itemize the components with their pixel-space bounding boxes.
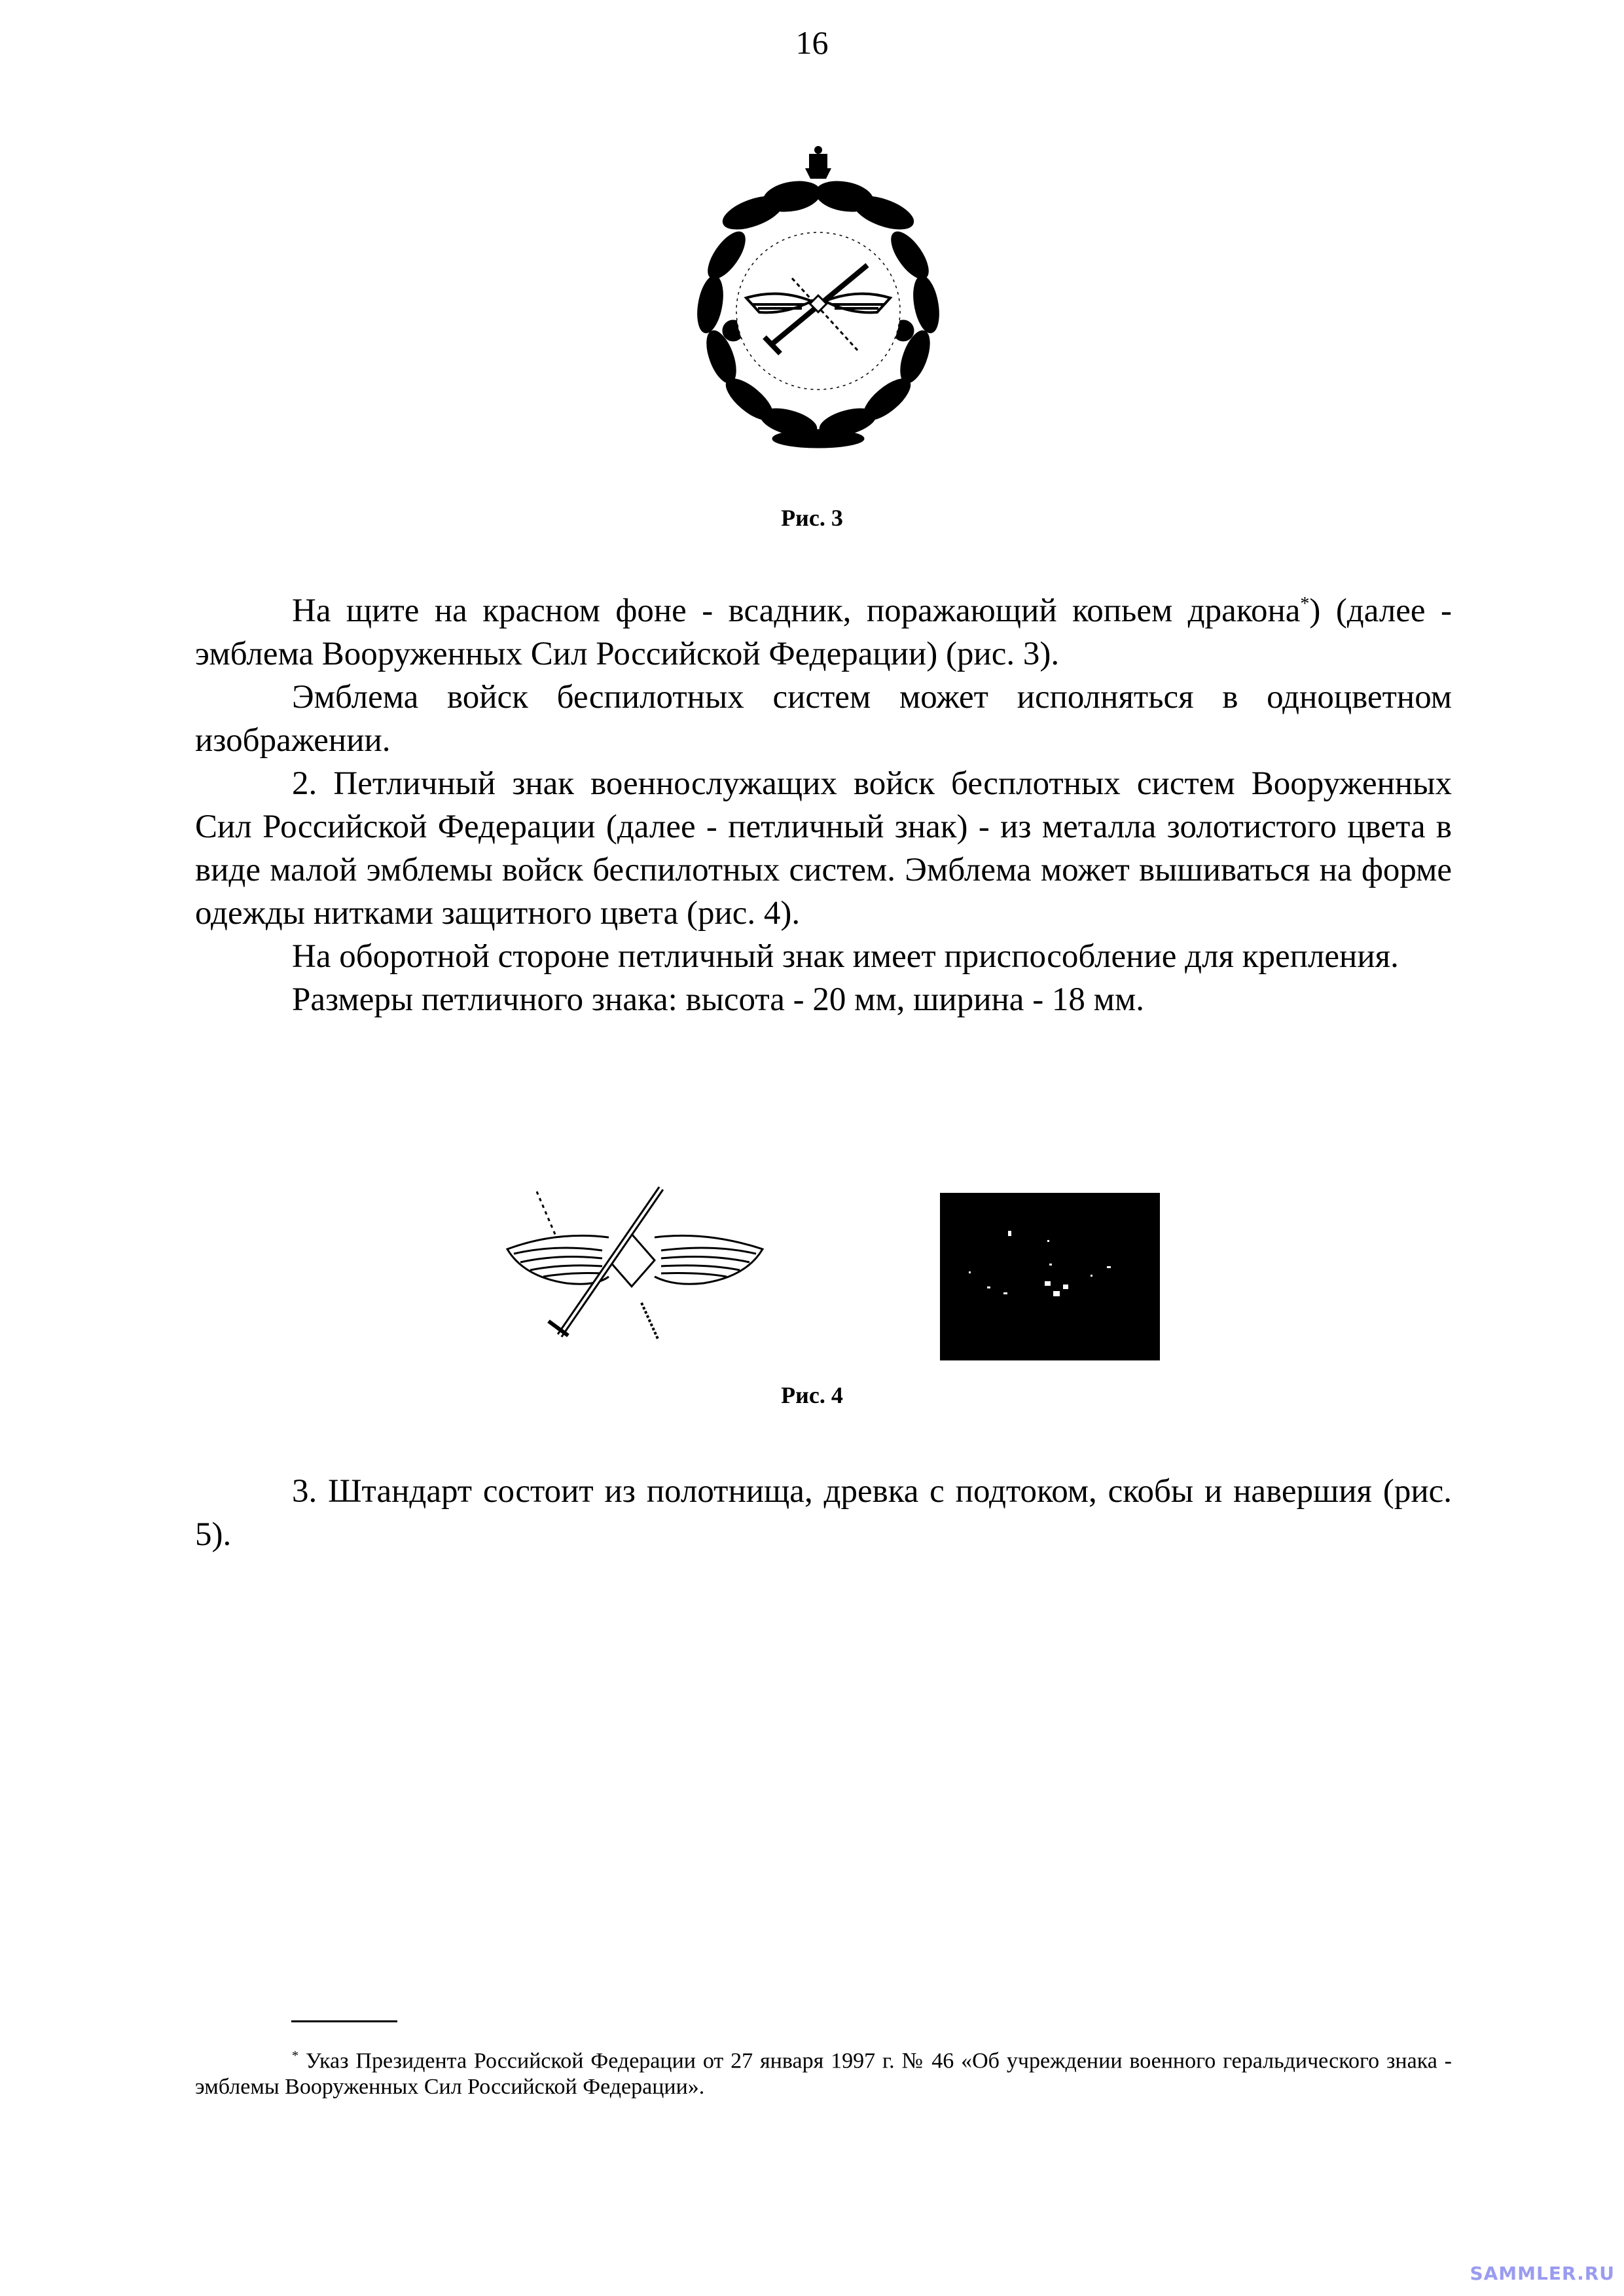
page-number: 16 xyxy=(0,20,1624,65)
footnote-mark: * xyxy=(292,2049,298,2063)
figure-3-caption: Рис. 3 xyxy=(0,504,1624,532)
paragraph-collar-insignia: 2. Петличный знак военнослужащих войск б… xyxy=(195,762,1452,935)
paragraph-fastening: На оборотной стороне петличный знак имее… xyxy=(195,935,1452,978)
emblem-wreath-icon xyxy=(681,141,956,481)
figure-4-caption: Рис. 4 xyxy=(0,1381,1624,1409)
footnote-reference[interactable]: * xyxy=(1300,594,1309,614)
footnote-body: Указ Президента Российской Федерации от … xyxy=(195,2049,1452,2099)
body-section-1: На щите на красном фоне - всадник, пораж… xyxy=(195,589,1452,1021)
footnote-text: * Указ Президента Российской Федерации о… xyxy=(195,2043,1452,2100)
site-watermark: SAMMLER.RU xyxy=(1470,2263,1615,2284)
paragraph-emblem-description: На щите на красном фоне - всадник, пораж… xyxy=(195,589,1452,676)
footnote-separator xyxy=(291,2020,397,2022)
embroidered-insignia-icon xyxy=(940,1193,1160,1360)
winged-sword-insignia-icon xyxy=(497,1178,772,1355)
footnote: * Указ Президента Российской Федерации о… xyxy=(195,2043,1452,2100)
embroidered-insignia-image xyxy=(940,1193,1160,1360)
paragraph-standard: 3. Штандарт состоит из полотнища, древка… xyxy=(195,1470,1452,1556)
paragraph-text: На щите на красном фоне - всадник, пораж… xyxy=(292,592,1300,629)
paragraph-monochrome: Эмблема войск беспилотных систем может и… xyxy=(195,676,1452,762)
paragraph-dimensions: Размеры петличного знака: высота - 20 мм… xyxy=(195,978,1452,1021)
paragraph-text: ) xyxy=(1309,592,1320,629)
body-section-3: 3. Штандарт состоит из полотнища, древка… xyxy=(195,1470,1452,1556)
